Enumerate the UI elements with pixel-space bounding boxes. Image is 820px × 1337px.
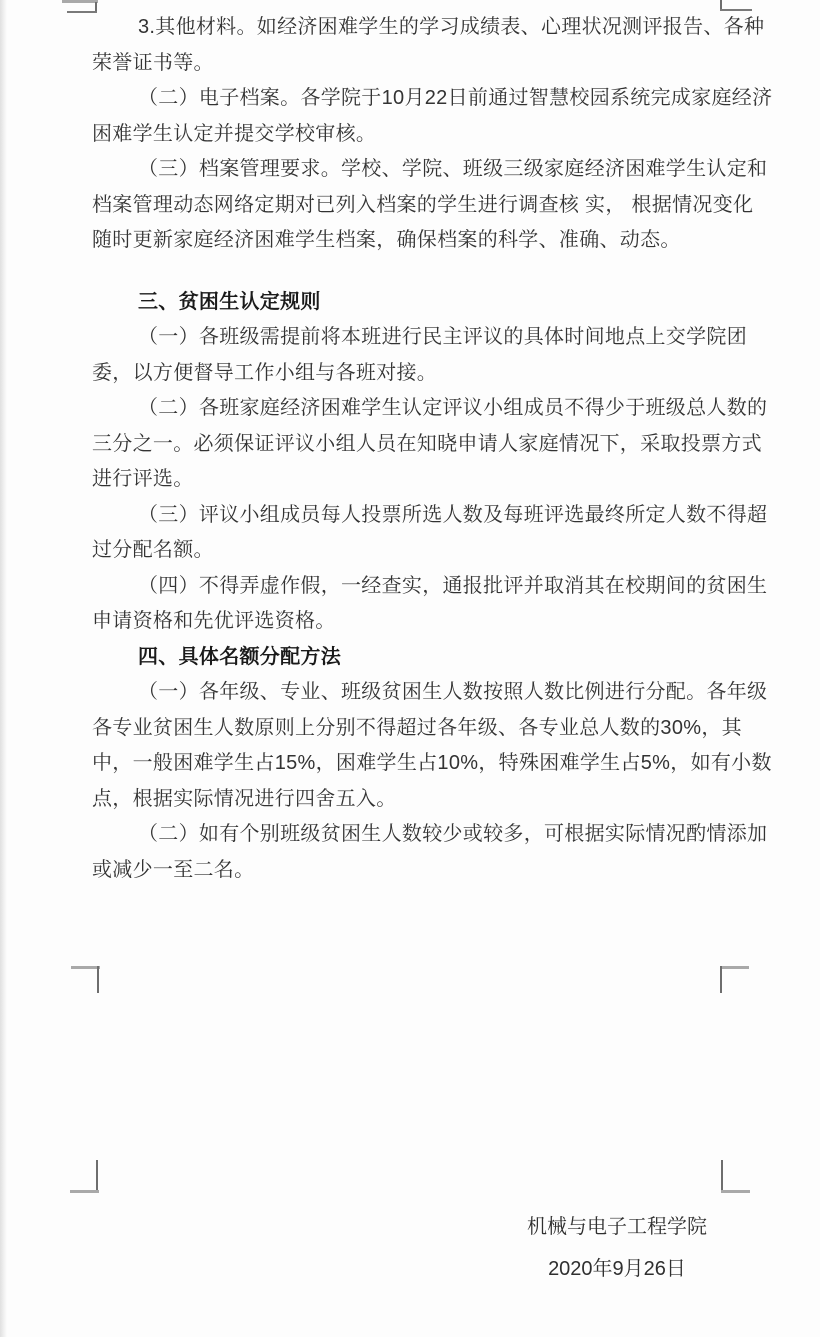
crop-mark-mid-right-vertical	[720, 966, 722, 993]
crop-mark-bottom-right-horizontal	[721, 1190, 750, 1193]
paragraph-line: 进行评选。	[92, 462, 760, 498]
crop-mark-mid-right-horizontal	[720, 966, 749, 969]
document-page: 3.其他材料。如经济困难学生的学习成绩表、心理状况测评报告、各种 荣誉证书等。 …	[0, 0, 820, 1337]
paragraph-line: 随时更新家庭经济困难学生档案，确保档案的科学、准确、动态。	[92, 223, 760, 259]
paragraph-line: 点，根据实际情况进行四舍五入。	[92, 782, 760, 818]
paragraph-line: 荣誉证书等。	[92, 46, 760, 82]
paragraph-line: （一）各班级需提前将本班进行民主评议的具体时间地点上交学院团	[92, 320, 760, 356]
paragraph-line: （一）各年级、专业、班级贫困生人数按照人数比例进行分配。各年级	[92, 675, 760, 711]
crop-mark-bottom-left-horizontal	[70, 1190, 99, 1193]
paragraph-line: （二）如有个别班级贫困生人数较少或较多，可根据实际情况酌情添加	[92, 817, 760, 853]
paragraph-line: 各专业贫困生人数原则上分别不得超过各年级、各专业总人数的30%，其	[92, 711, 760, 747]
signature-date: 2020年9月26日	[527, 1248, 707, 1290]
crop-mark-mid-left-vertical	[97, 966, 99, 993]
crop-mark-mid-left-horizontal	[71, 966, 100, 969]
crop-mark-top-left-horizontal	[62, 0, 98, 3]
signature-block: 机械与电子工程学院 2020年9月26日	[527, 1206, 707, 1290]
paragraph-line: 档案管理动态网络定期对已列入档案的学生进行调查核 实， 根据情况变化	[92, 188, 760, 224]
section-heading-4: 四、具体名额分配方法	[92, 640, 760, 676]
crop-mark-bottom-left-vertical	[96, 1160, 98, 1191]
section-heading-3: 三、贫困生认定规则	[92, 285, 760, 321]
paragraph-line: 三分之一。必须保证评议小组人员在知晓申请人家庭情况下，采取投票方式	[92, 427, 760, 463]
paragraph-line: 委，以方便督导工作小组与各班对接。	[92, 356, 760, 392]
crop-mark-bottom-right-vertical	[721, 1160, 723, 1191]
signature-organization: 机械与电子工程学院	[527, 1206, 707, 1248]
document-body: 3.其他材料。如经济困难学生的学习成绩表、心理状况测评报告、各种 荣誉证书等。 …	[92, 10, 760, 888]
paragraph-line: 3.其他材料。如经济困难学生的学习成绩表、心理状况测评报告、各种	[92, 10, 760, 46]
paragraph-line: 困难学生认定并提交学校审核。	[92, 117, 760, 153]
page-left-edge-shadow	[0, 0, 7, 1337]
paragraph-line: （四）不得弄虚作假，一经查实，通报批评并取消其在校期间的贫困生	[92, 569, 760, 605]
paragraph-line: （三）档案管理要求。学校、学院、班级三级家庭经济困难学生认定和	[92, 152, 760, 188]
paragraph-line: 申请资格和先优评选资格。	[92, 604, 760, 640]
paragraph-line: （二）电子档案。各学院于10月22日前通过智慧校园系统完成家庭经济	[92, 81, 760, 117]
paragraph-line: （三）评议小组成员每人投票所选人数及每班评选最终所定人数不得超	[92, 498, 760, 534]
paragraph-line: 过分配名额。	[92, 533, 760, 569]
paragraph-line: （二）各班家庭经济困难学生认定评议小组成员不得少于班级总人数的	[92, 391, 760, 427]
paragraph-line: 或减少一至二名。	[92, 853, 760, 889]
paragraph-line: 中，一般困难学生占15%，困难学生占10%，特殊困难学生占5%，如有小数	[92, 746, 760, 782]
